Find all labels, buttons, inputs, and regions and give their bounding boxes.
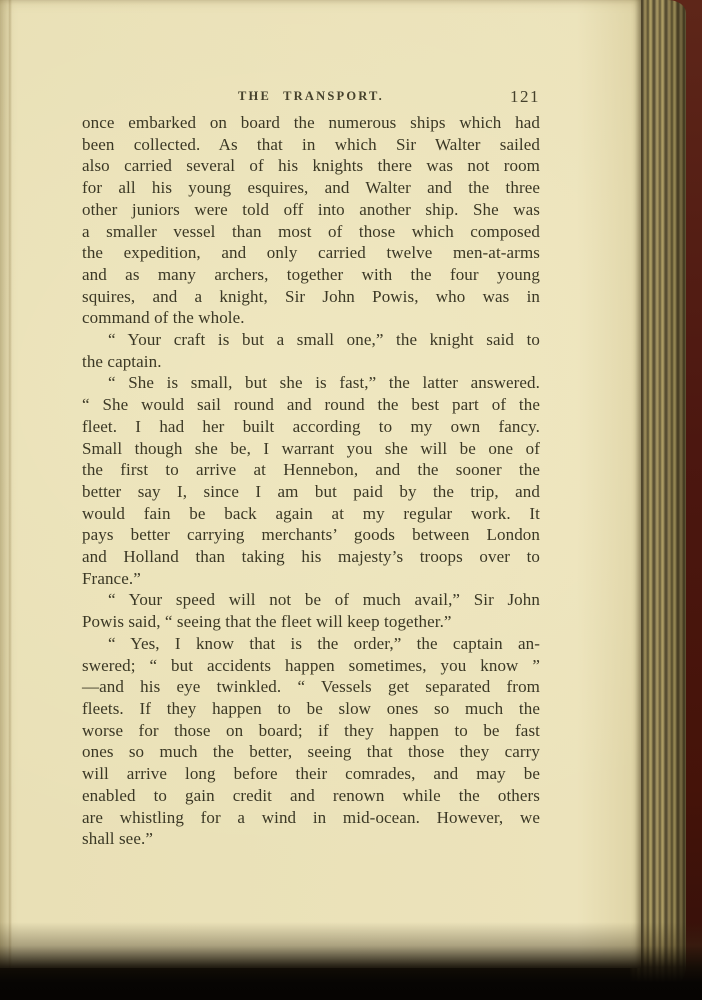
text-line: “ Yes, I know that is the order,” the ca…	[82, 633, 540, 655]
text-line: fleet. I had her built according to my o…	[82, 416, 540, 438]
text-line: ones so much the better, seeing that tho…	[82, 741, 540, 763]
text-line: the expedition, and only carried twelve …	[82, 242, 540, 264]
text-line: France.”	[82, 568, 540, 590]
paragraph: “ Your speed will not be of much avail,”…	[82, 589, 540, 632]
text-line: Small though she be, I warrant you she w…	[82, 438, 540, 460]
text-line: for all his young esquires, and Walter a…	[82, 177, 540, 199]
shadow-overlay	[0, 922, 702, 1000]
text-line: pays better carrying merchants’ goods be…	[82, 524, 540, 546]
text-line: and Holland than taking his majesty’s tr…	[82, 546, 540, 568]
text-line: shall see.”	[82, 828, 540, 850]
text-line: fleets. If they happen to be slow ones s…	[82, 698, 540, 720]
book-photo: THE TRANSPORT. 121 once embarked on boar…	[0, 0, 702, 1000]
text-line: the first to arrive at Hennebon, and the…	[82, 459, 540, 481]
page-header: THE TRANSPORT. 121	[82, 87, 540, 107]
running-title: THE TRANSPORT.	[238, 89, 384, 104]
text-line: “ Your craft is but a small one,” the kn…	[82, 329, 540, 351]
text-line: once embarked on board the numerous ship…	[82, 112, 540, 134]
book-page: THE TRANSPORT. 121 once embarked on boar…	[0, 0, 641, 968]
paragraph: “ Your craft is but a small one,” the kn…	[82, 329, 540, 372]
text-line: a smaller vessel than most of those whic…	[82, 221, 540, 243]
paragraph: “ Yes, I know that is the order,” the ca…	[82, 633, 540, 850]
text-line: are whistling for a wind in mid-ocean. H…	[82, 807, 540, 829]
text-line: better say I, since I am but paid by the…	[82, 481, 540, 503]
text-line: squires, and a knight, Sir John Powis, w…	[82, 286, 540, 308]
text-line: other juniors were told off into another…	[82, 199, 540, 221]
text-line: Powis said, “ seeing that the fleet will…	[82, 611, 540, 633]
page-crease	[8, 0, 12, 968]
text-line: worse for those on board; if they happen…	[82, 720, 540, 742]
text-line: “ Your speed will not be of much avail,”…	[82, 589, 540, 611]
text-line: enabled to gain credit and renown while …	[82, 785, 540, 807]
text-line: command of the whole.	[82, 307, 540, 329]
text-line: will arrive long before their comrades, …	[82, 763, 540, 785]
page-number: 121	[510, 87, 540, 107]
text-line: and as many archers, together with the f…	[82, 264, 540, 286]
text-line: the captain.	[82, 351, 540, 373]
text-line: “ She is small, but she is fast,” the la…	[82, 372, 540, 394]
text-line: —and his eye twinkled. “ Vessels get sep…	[82, 676, 540, 698]
text-line: also carried several of his knights ther…	[82, 155, 540, 177]
page-text: once embarked on board the numerous ship…	[82, 112, 540, 850]
paragraph: once embarked on board the numerous ship…	[82, 112, 540, 329]
paragraph: “ She is small, but she is fast,” the la…	[82, 372, 540, 589]
text-line: been collected. As that in which Sir Wal…	[82, 134, 540, 156]
text-line: “ She would sail round and round the bes…	[82, 394, 540, 416]
text-line: swered; “ but accidents happen sometimes…	[82, 655, 540, 677]
text-line: would fain be back again at my regular w…	[82, 503, 540, 525]
